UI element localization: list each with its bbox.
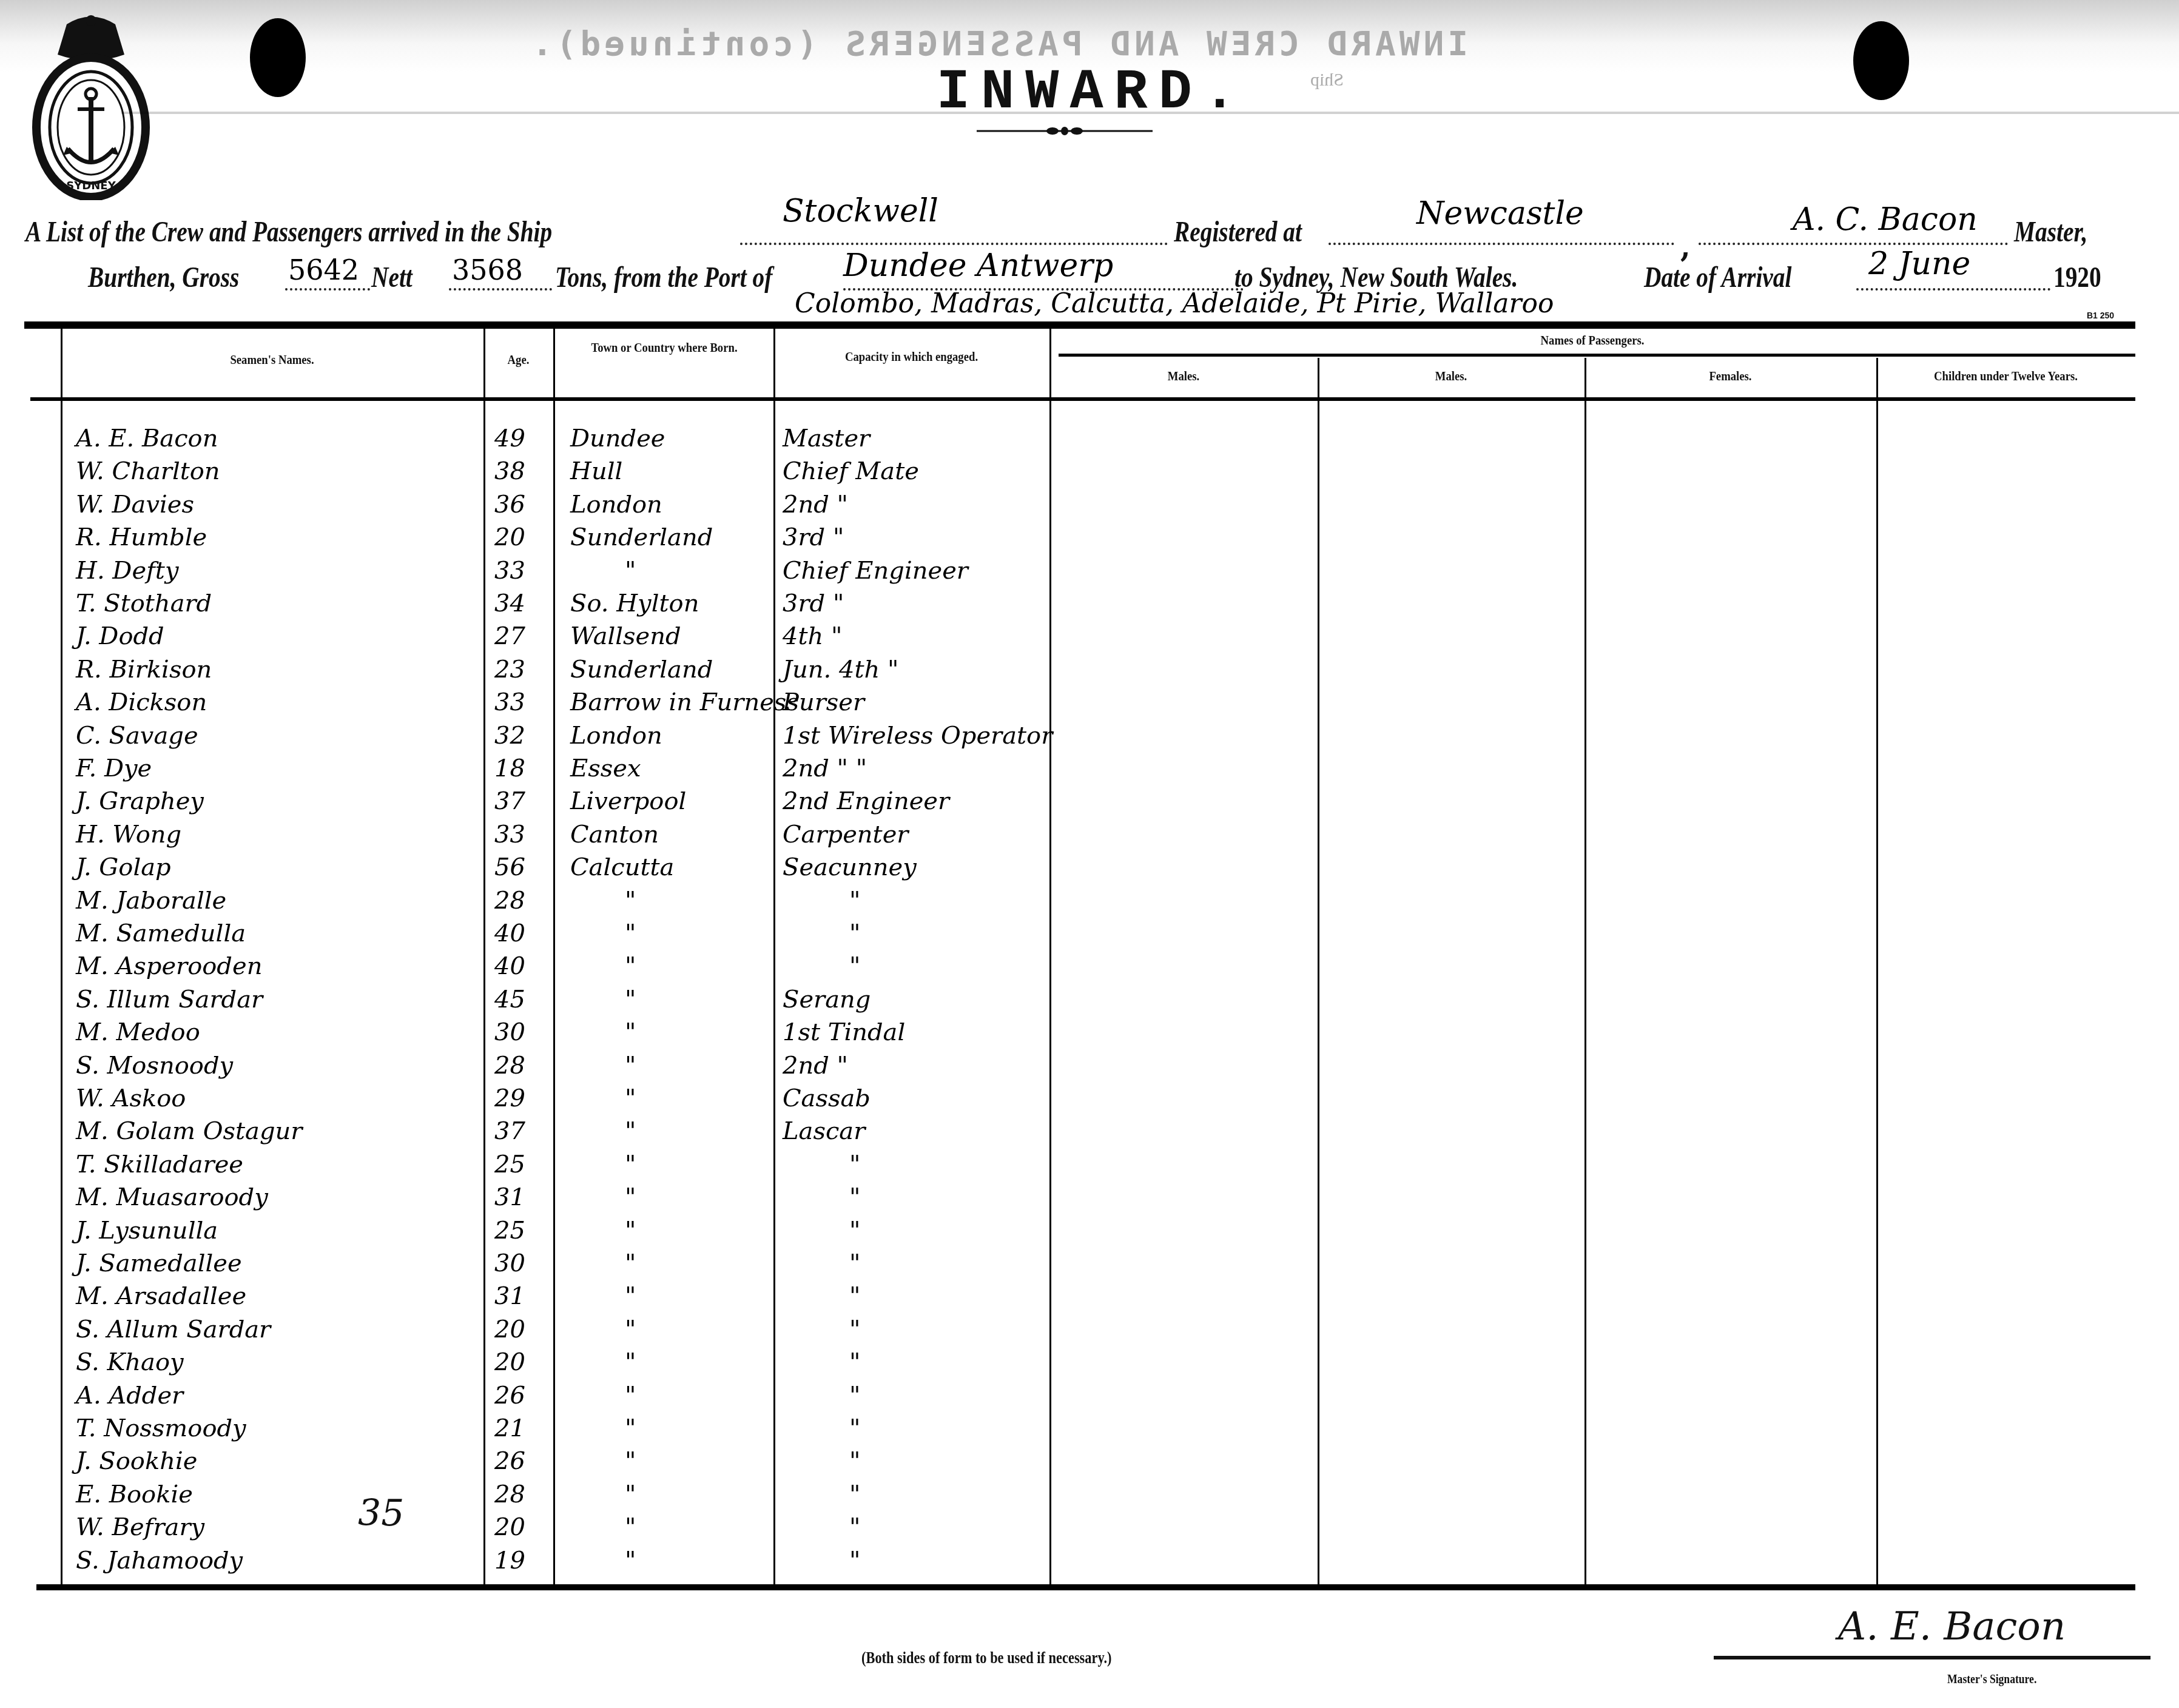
- seaman-birthplace: ": [625, 1282, 636, 1310]
- shipping-master-seal-icon: SYDNEY: [24, 12, 158, 200]
- seaman-age: 25: [494, 1217, 525, 1245]
- seaman-capacity: Seacunney: [783, 853, 917, 881]
- seaman-age: 56: [494, 853, 525, 881]
- seaman-birthplace: Sunderland: [570, 656, 713, 684]
- seaman-name: J. Dodd: [76, 622, 164, 650]
- col-line-capacity-passengers: [1049, 328, 1051, 1586]
- seaman-birthplace: ": [625, 1084, 636, 1112]
- header-capacity: Capacity in which engaged.: [794, 349, 1029, 365]
- seaman-capacity: Carpenter: [783, 821, 908, 849]
- seaman-name: J. Sookhie: [76, 1447, 197, 1475]
- seaman-capacity: ": [849, 1382, 860, 1410]
- header-bottom-rule: [30, 397, 2135, 401]
- seaman-capacity: 2nd Engineer: [783, 787, 949, 815]
- seaman-name: W. Askoo: [76, 1084, 186, 1112]
- seaman-capacity: 3rd ": [783, 590, 844, 617]
- burthen-label: Burthen, Gross: [88, 261, 239, 294]
- footer-note: (Both sides of form to be used if necess…: [861, 1649, 1112, 1668]
- seaman-birthplace: Sunderland: [570, 523, 713, 551]
- seaman-birthplace: Hull: [570, 457, 622, 485]
- seaman-capacity: ": [849, 1183, 860, 1211]
- seaman-capacity: 2nd ": [783, 1052, 848, 1080]
- seaman-age: 30: [494, 1018, 525, 1046]
- seaman-birthplace: London: [570, 491, 662, 519]
- seaman-birthplace: ": [625, 1447, 636, 1475]
- seaman-birthplace: ": [625, 1249, 636, 1277]
- seaman-capacity: 1st Wireless Operator: [783, 722, 1052, 750]
- seaman-age: 20: [494, 1513, 525, 1541]
- seaman-name: E. Bookie: [76, 1481, 193, 1508]
- table-top-rule: [24, 321, 2135, 329]
- seaman-name: F. Dye: [76, 755, 152, 782]
- header-males-2: Males.: [1338, 368, 1564, 384]
- seaman-capacity: Chief Engineer: [783, 557, 968, 585]
- seaman-age: 37: [494, 1117, 525, 1145]
- seaman-birthplace: ": [625, 1481, 636, 1508]
- seaman-birthplace: ": [625, 1316, 636, 1343]
- seaman-birthplace: Wallsend: [570, 622, 681, 650]
- seaman-capacity: ": [849, 1282, 860, 1310]
- header-names-of-passengers: Names of Passengers.: [1131, 332, 2054, 348]
- nett-label: Nett: [371, 261, 413, 294]
- seaman-capacity: 2nd " ": [783, 755, 867, 782]
- seaman-age: 23: [494, 656, 525, 684]
- seaman-age: 26: [494, 1447, 525, 1475]
- seaman-name: J. Graphey: [76, 787, 204, 815]
- col-line-males-males: [1318, 358, 1319, 1586]
- title-ornament-icon: [977, 126, 1153, 135]
- seaman-age: 21: [494, 1414, 525, 1442]
- seaman-age: 40: [494, 920, 525, 947]
- nett-field-line: [449, 288, 552, 291]
- header-seamens-names: Seamen's Names.: [92, 352, 451, 368]
- header-town-born: Town or Country where Born.: [579, 340, 750, 355]
- seaman-capacity: Chief Mate: [783, 457, 919, 485]
- seaman-capacity: ": [849, 952, 860, 980]
- seaman-capacity: ": [849, 1316, 860, 1343]
- header-children: Children under Twelve Years.: [1896, 368, 2116, 384]
- registered-label: Registered at: [1174, 215, 1302, 249]
- seaman-birthplace: ": [625, 1117, 636, 1145]
- seaman-name: C. Savage: [76, 722, 198, 750]
- seaman-age: 27: [494, 622, 525, 650]
- seaman-age: 29: [494, 1084, 525, 1112]
- ship-field-line: [740, 243, 1168, 245]
- seaman-age: 40: [494, 952, 525, 980]
- arrival-year: 1920: [2053, 261, 2101, 294]
- seaman-birthplace: ": [625, 1382, 636, 1410]
- passenger-group-rule: [1059, 354, 2135, 357]
- seaman-age: 20: [494, 1348, 525, 1376]
- seaman-birthplace: Essex: [570, 755, 641, 782]
- seaman-name: S. Allum Sardar: [76, 1316, 271, 1343]
- seaman-capacity: ": [849, 1447, 860, 1475]
- seaman-name: M. Samedulla: [76, 920, 246, 947]
- seaman-capacity: Jun. 4th ": [783, 656, 898, 684]
- master-name: A. C. Bacon: [1793, 201, 1978, 238]
- master-signature: A. E. Bacon: [1838, 1604, 2066, 1649]
- seaman-age: 31: [494, 1183, 525, 1211]
- seaman-name: H. Defty: [76, 557, 179, 585]
- seaman-birthplace: Canton: [570, 821, 659, 849]
- seaman-age: 38: [494, 457, 525, 485]
- form-number: B1 250: [2087, 311, 2114, 320]
- signature-label: Master's Signature.: [1947, 1671, 2036, 1687]
- seaman-name: W. Befrary: [76, 1513, 204, 1541]
- seaman-capacity: ": [849, 887, 860, 915]
- col-line-males-females: [1585, 358, 1586, 1586]
- arrival-label: Date of Arrival: [1644, 261, 1791, 294]
- seaman-capacity: ": [849, 1481, 860, 1508]
- seaman-name: S. Khaoy: [76, 1348, 184, 1376]
- arrival-field-line: [1856, 288, 2050, 291]
- seaman-age: 26: [494, 1382, 525, 1410]
- col-line-age-born: [553, 328, 555, 1586]
- seaman-birthplace: So. Hylton: [570, 590, 699, 617]
- seaman-name: S. Jahamoody: [76, 1547, 243, 1575]
- col-line-females-children: [1876, 358, 1878, 1586]
- master-field-line: [1699, 243, 2008, 245]
- seaman-name: M. Asperooden: [76, 952, 262, 980]
- seaman-name: J. Golap: [76, 853, 171, 881]
- seaman-capacity: ": [849, 1513, 860, 1541]
- seaman-capacity: ": [849, 1249, 860, 1277]
- seaman-age: 32: [494, 722, 525, 750]
- seaman-name: M. Muasaroody: [76, 1183, 268, 1211]
- seaman-capacity: 4th ": [783, 622, 842, 650]
- seaman-age: 25: [494, 1151, 525, 1178]
- seaman-age: 33: [494, 557, 525, 585]
- seaman-name: M. Arsadallee: [76, 1282, 246, 1310]
- seaman-age: 30: [494, 1249, 525, 1277]
- seaman-capacity: ": [849, 920, 860, 947]
- comma-separator: ,: [1680, 230, 1691, 264]
- seaman-birthplace: ": [625, 1018, 636, 1046]
- seaman-capacity: ": [849, 1547, 860, 1575]
- seaman-capacity: ": [849, 1414, 860, 1442]
- seaman-age: 31: [494, 1282, 525, 1310]
- seaman-birthplace: Barrow in Furness: [570, 688, 799, 716]
- tons-from-port-label: Tons, from the Port of: [555, 261, 772, 294]
- seaman-name: A. Adder: [76, 1382, 183, 1410]
- seaman-capacity: Master: [783, 425, 870, 452]
- signature-line: [1714, 1656, 2150, 1659]
- seaman-capacity: Purser: [783, 688, 864, 716]
- seaman-birthplace: London: [570, 722, 662, 750]
- seaman-birthplace: Calcutta: [570, 853, 674, 881]
- punch-hole-right: [1853, 21, 1909, 100]
- seaman-age: 37: [494, 787, 525, 815]
- seaman-age: 20: [494, 523, 525, 551]
- table-bottom-rule: [36, 1584, 2135, 1590]
- seaman-name: M. Medoo: [76, 1018, 200, 1046]
- seaman-age: 33: [494, 688, 525, 716]
- route-continued: Colombo, Madras, Calcutta, Adelaide, Pt …: [795, 288, 1554, 319]
- seaman-age: 34: [494, 590, 525, 617]
- seaman-name: W. Charlton: [76, 457, 220, 485]
- seaman-name: T. Nossmoody: [76, 1414, 246, 1442]
- arrival-date: 2 June: [1868, 246, 1970, 282]
- seaman-age: 49: [494, 425, 525, 452]
- seaman-capacity: 1st Tindal: [783, 1018, 905, 1046]
- punch-hole-left: [250, 18, 306, 97]
- seaman-age: 18: [494, 755, 525, 782]
- svg-text:SYDNEY: SYDNEY: [66, 180, 116, 192]
- seaman-age: 28: [494, 1481, 525, 1508]
- crew-tally: 35: [358, 1492, 404, 1535]
- seaman-age: 33: [494, 821, 525, 849]
- seaman-age: 28: [494, 887, 525, 915]
- seaman-birthplace: Dundee: [570, 425, 665, 452]
- seaman-capacity: Cassab: [783, 1084, 871, 1112]
- seaman-capacity: 3rd ": [783, 523, 844, 551]
- header-males-1: Males.: [1069, 368, 1298, 384]
- seaman-capacity: Serang: [783, 986, 871, 1014]
- gross-tonnage: 5642: [288, 254, 359, 286]
- seaman-name: S. Mosnoody: [76, 1052, 233, 1080]
- seaman-name: S. Illum Sardar: [76, 986, 263, 1014]
- seaman-birthplace: ": [625, 887, 636, 915]
- seaman-birthplace: ": [625, 1217, 636, 1245]
- seaman-name: M. Golam Ostagur: [76, 1117, 302, 1145]
- seaman-name: T. Skilladaree: [76, 1151, 243, 1178]
- seaman-age: 28: [494, 1052, 525, 1080]
- seaman-name: H. Wong: [76, 821, 181, 849]
- registered-port: Newcastle: [1416, 195, 1584, 232]
- seaman-age: 36: [494, 491, 525, 519]
- seaman-capacity: Lascar: [783, 1117, 865, 1145]
- seaman-birthplace: ": [625, 1414, 636, 1442]
- seaman-age: 19: [494, 1547, 525, 1575]
- seaman-name: A. E. Bacon: [76, 425, 218, 452]
- seaman-capacity: ": [849, 1151, 860, 1178]
- seaman-birthplace: ": [625, 1513, 636, 1541]
- seaman-birthplace: Liverpool: [570, 787, 686, 815]
- seaman-name: R. Humble: [76, 523, 207, 551]
- ship-name: Stockwell: [783, 193, 938, 229]
- col-line-left: [61, 328, 62, 1586]
- page-title: INWARD.: [789, 61, 1395, 124]
- nett-tonnage: 3568: [452, 254, 523, 286]
- seaman-name: J. Samedallee: [76, 1249, 242, 1277]
- seaman-capacity: ": [849, 1348, 860, 1376]
- seaman-birthplace: ": [625, 1052, 636, 1080]
- seaman-birthplace: ": [625, 1183, 636, 1211]
- seaman-name: T. Stothard: [76, 590, 212, 617]
- seaman-birthplace: ": [625, 1348, 636, 1376]
- seaman-capacity: 2nd ": [783, 491, 848, 519]
- col-line-name-age: [483, 328, 485, 1586]
- seaman-birthplace: ": [625, 986, 636, 1014]
- seaman-name: A. Dickson: [76, 688, 207, 716]
- master-label: Master,: [2014, 215, 2087, 249]
- seaman-name: M. Jaboralle: [76, 887, 226, 915]
- seaman-birthplace: ": [625, 920, 636, 947]
- crew-list-intro: A List of the Crew and Passengers arrive…: [25, 215, 552, 249]
- seaman-birthplace: ": [625, 1547, 636, 1575]
- seaman-age: 45: [494, 986, 525, 1014]
- seaman-age: 20: [494, 1316, 525, 1343]
- seaman-birthplace: ": [625, 1151, 636, 1178]
- col-line-born-capacity: [773, 328, 775, 1586]
- seaman-name: R. Birkison: [76, 656, 212, 684]
- seaman-birthplace: ": [625, 557, 636, 585]
- header-age: Age.: [489, 352, 548, 368]
- header-females: Females.: [1606, 368, 1854, 384]
- from-port: Dundee Antwerp: [843, 247, 1113, 284]
- gross-field-line: [285, 288, 370, 291]
- registered-field-line: [1329, 243, 1674, 245]
- seaman-name: J. Lysunulla: [76, 1217, 218, 1245]
- seaman-name: W. Davies: [76, 491, 194, 519]
- seaman-capacity: ": [849, 1217, 860, 1245]
- seaman-birthplace: ": [625, 952, 636, 980]
